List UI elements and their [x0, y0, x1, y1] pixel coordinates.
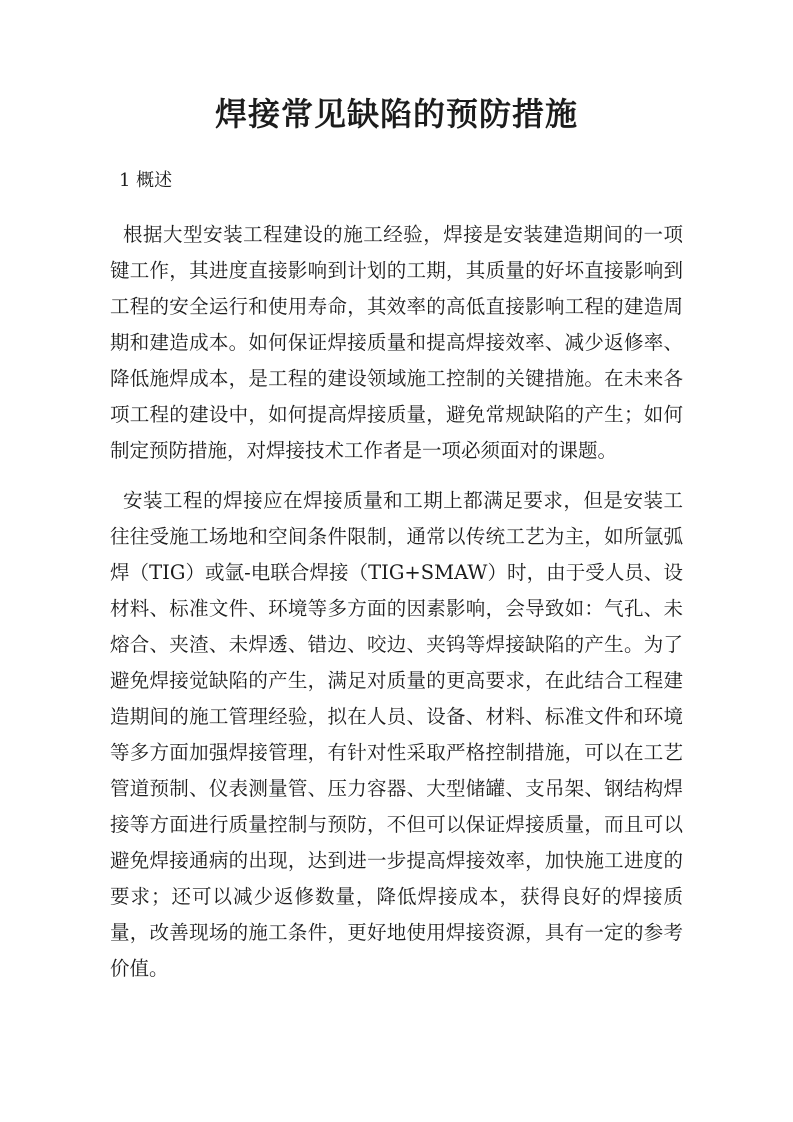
document-page: 焊接常见缺陷的预防措施 1 概述 根据大型安装工程建设的施工经验，焊接是安装建造…: [0, 0, 793, 1122]
text-line: 降低施焊成本，是工程的建设领域施工控制的关键措施。在未来各: [110, 361, 683, 397]
text-line: 键工作，其进度直接影响到计划的工期，其质量的好坏直接影响到: [110, 253, 683, 289]
text-line: 接等方面进行质量控制与预防，不但可以保证焊接质量，而且可以: [110, 807, 683, 843]
text-line: 熔合、夹渣、未焊透、错边、咬边、夹钨等焊接缺陷的产生。为了: [110, 627, 683, 663]
text-line: 避免焊接觉缺陷的产生，满足对质量的更高要求，在此结合工程建: [110, 663, 683, 699]
text-line: 制定预防措施，对焊接技术工作者是一项必须面对的课题。: [110, 433, 683, 469]
paragraph-intro: 根据大型安装工程建设的施工经验，焊接是安装建造期间的一项关键工作，其进度直接影响…: [110, 217, 683, 469]
text-line: 要求；还可以减少返修数量，降低焊接成本，获得良好的焊接质: [110, 879, 683, 915]
section-heading-overview: 1 概述: [110, 168, 683, 194]
paragraph-body: 安装工程的焊接应在焊接质量和工期上都满足要求，但是安装工程往往受施工场地和空间条…: [110, 483, 683, 987]
text-line: 等多方面加强焊接管理，有针对性采取严格控制措施，可以在工艺: [110, 735, 683, 771]
text-line: 安装工程的焊接应在焊接质量和工期上都满足要求，但是安装工程: [110, 483, 683, 519]
text-line: 工程的安全运行和使用寿命，其效率的高低直接影响工程的建造周: [110, 289, 683, 325]
text-line: 价值。: [110, 951, 683, 987]
text-line: 根据大型安装工程建设的施工经验，焊接是安装建造期间的一项关: [110, 217, 683, 253]
document-title: 焊接常见缺陷的预防措施: [110, 92, 683, 136]
text-line: 材料、标准文件、环境等多方面的因素影响，会导致如：气孔、未: [110, 591, 683, 627]
text-line: 避免焊接通病的出现，达到进一步提高焊接效率，加快施工进度的: [110, 843, 683, 879]
text-line: 焊（TIG）或氩-电联合焊接（TIG+SMAW）时，由于受人员、设备、: [110, 555, 683, 591]
text-line: 造期间的施工管理经验，拟在人员、设备、材料、标准文件和环境: [110, 699, 683, 735]
text-line: 管道预制、仪表测量管、压力容器、大型储罐、支吊架、钢结构焊: [110, 771, 683, 807]
text-line: 往往受施工场地和空间条件限制，通常以传统工艺为主，如所氩弧: [110, 519, 683, 555]
text-line: 期和建造成本。如何保证焊接质量和提高焊接效率、减少返修率、: [110, 325, 683, 361]
text-line: 项工程的建设中，如何提高焊接质量，避免常规缺陷的产生；如何: [110, 397, 683, 433]
text-line: 量，改善现场的施工条件，更好地使用焊接资源，具有一定的参考: [110, 915, 683, 951]
